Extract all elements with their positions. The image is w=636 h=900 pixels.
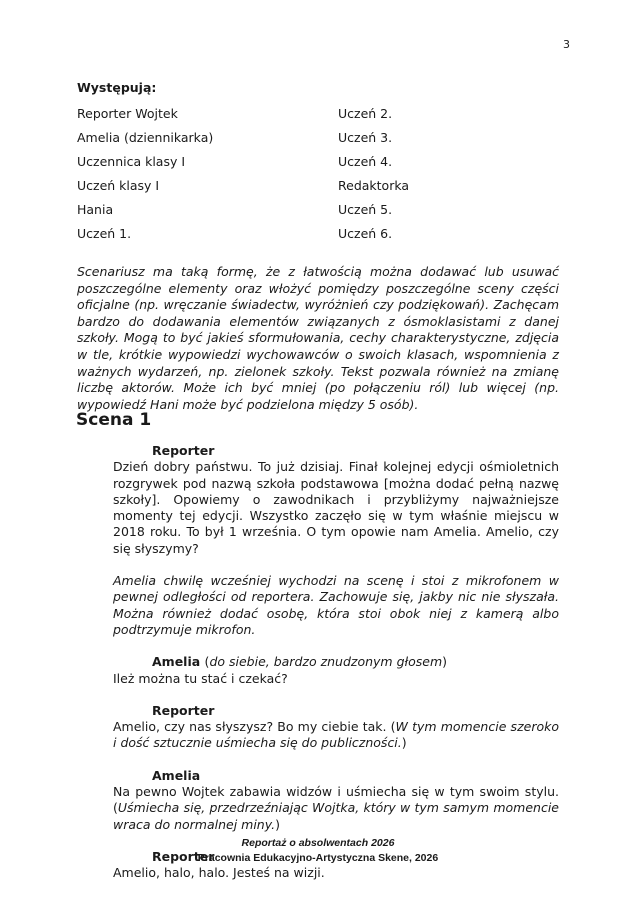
speaker-name: Amelia: [113, 768, 559, 784]
dialogue-line: Amelio, czy nas słyszysz? Bo my ciebie t…: [113, 719, 559, 752]
cast-name: Reporter Wojtek: [77, 102, 338, 126]
cast-name: Uczeń 2.: [338, 102, 392, 126]
cast-row: HaniaUczeń 5.: [77, 198, 557, 222]
intro-note: Scenariusz ma taką formę, że z łatwością…: [77, 264, 559, 413]
footer-title: Reportaż o absolwentach 2026: [0, 836, 636, 851]
cast-name: Amelia (dziennikarka): [77, 126, 338, 150]
stage-direction: Amelia chwilę wcześniej wychodzi na scen…: [113, 573, 559, 638]
speaker-direction: do siebie, bardzo znudzonym głosem: [209, 654, 442, 669]
speaker-name: Reporter: [113, 443, 559, 459]
cast-name: Uczeń 3.: [338, 126, 392, 150]
cast-name: Uczeń 5.: [338, 198, 392, 222]
dialogue-text: Ileż można tu stać i czekać?: [113, 671, 559, 687]
cast-row: Uczeń 1.Uczeń 6.: [77, 222, 557, 246]
speaker-name: Reporter: [113, 703, 559, 719]
cast-title: Występują:: [77, 80, 156, 95]
dialogue-block: Reporter Dzień dobry państwu. To już dzi…: [113, 443, 559, 557]
cast-row: Amelia (dziennikarka)Uczeń 3.: [77, 126, 557, 150]
scene-title: Scena 1: [76, 410, 151, 430]
cast-row: Reporter WojtekUczeń 2.: [77, 102, 557, 126]
cast-row: Uczeń klasy IRedaktorka: [77, 174, 557, 198]
cast-name: Hania: [77, 198, 338, 222]
dialogue-block: Amelia (do siebie, bardzo znudzonym głos…: [113, 654, 559, 687]
dialogue-line: Na pewno Wojtek zabawia widzów i uśmiech…: [113, 784, 559, 833]
cast-name: Uczeń klasy I: [77, 174, 338, 198]
inline-direction: Uśmiecha się, przedrzeźniając Wojtka, kt…: [113, 800, 559, 831]
script-body: Reporter Dzień dobry państwu. To już dzi…: [113, 443, 559, 898]
dialogue-block: Amelia Na pewno Wojtek zabawia widzów i …: [113, 768, 559, 833]
cast-name: Uczennica klasy I: [77, 150, 338, 174]
cast-name: Uczeń 6.: [338, 222, 392, 246]
speaker-line: Amelia (do siebie, bardzo znudzonym głos…: [113, 654, 559, 670]
cast-list: Reporter WojtekUczeń 2. Amelia (dziennik…: [77, 102, 557, 246]
dialogue-text: Na pewno Wojtek zabawia widzów i uśmiech…: [113, 784, 559, 799]
cast-name: Uczeń 4.: [338, 150, 392, 174]
speaker-name: Amelia: [152, 654, 200, 669]
page-footer: Reportaż o absolwentach 2026 Pracownia E…: [0, 836, 636, 866]
dialogue-block: Reporter Amelio, czy nas słyszysz? Bo my…: [113, 703, 559, 752]
cast-name: Uczeń 1.: [77, 222, 338, 246]
dialogue-text: Amelio, halo, halo. Jesteś na wizji.: [113, 865, 559, 881]
footer-publisher: Pracownia Edukacyjno-Artystyczna Skene, …: [0, 851, 636, 866]
cast-name: Redaktorka: [338, 174, 409, 198]
stage-direction-block: Amelia chwilę wcześniej wychodzi na scen…: [113, 573, 559, 638]
dialogue-text: Amelio, czy nas słyszysz? Bo my ciebie t…: [113, 719, 386, 734]
cast-row: Uczennica klasy IUczeń 4.: [77, 150, 557, 174]
dialogue-text: Dzień dobry państwu. To już dzisiaj. Fin…: [113, 459, 559, 557]
page-number: 3: [563, 38, 570, 51]
